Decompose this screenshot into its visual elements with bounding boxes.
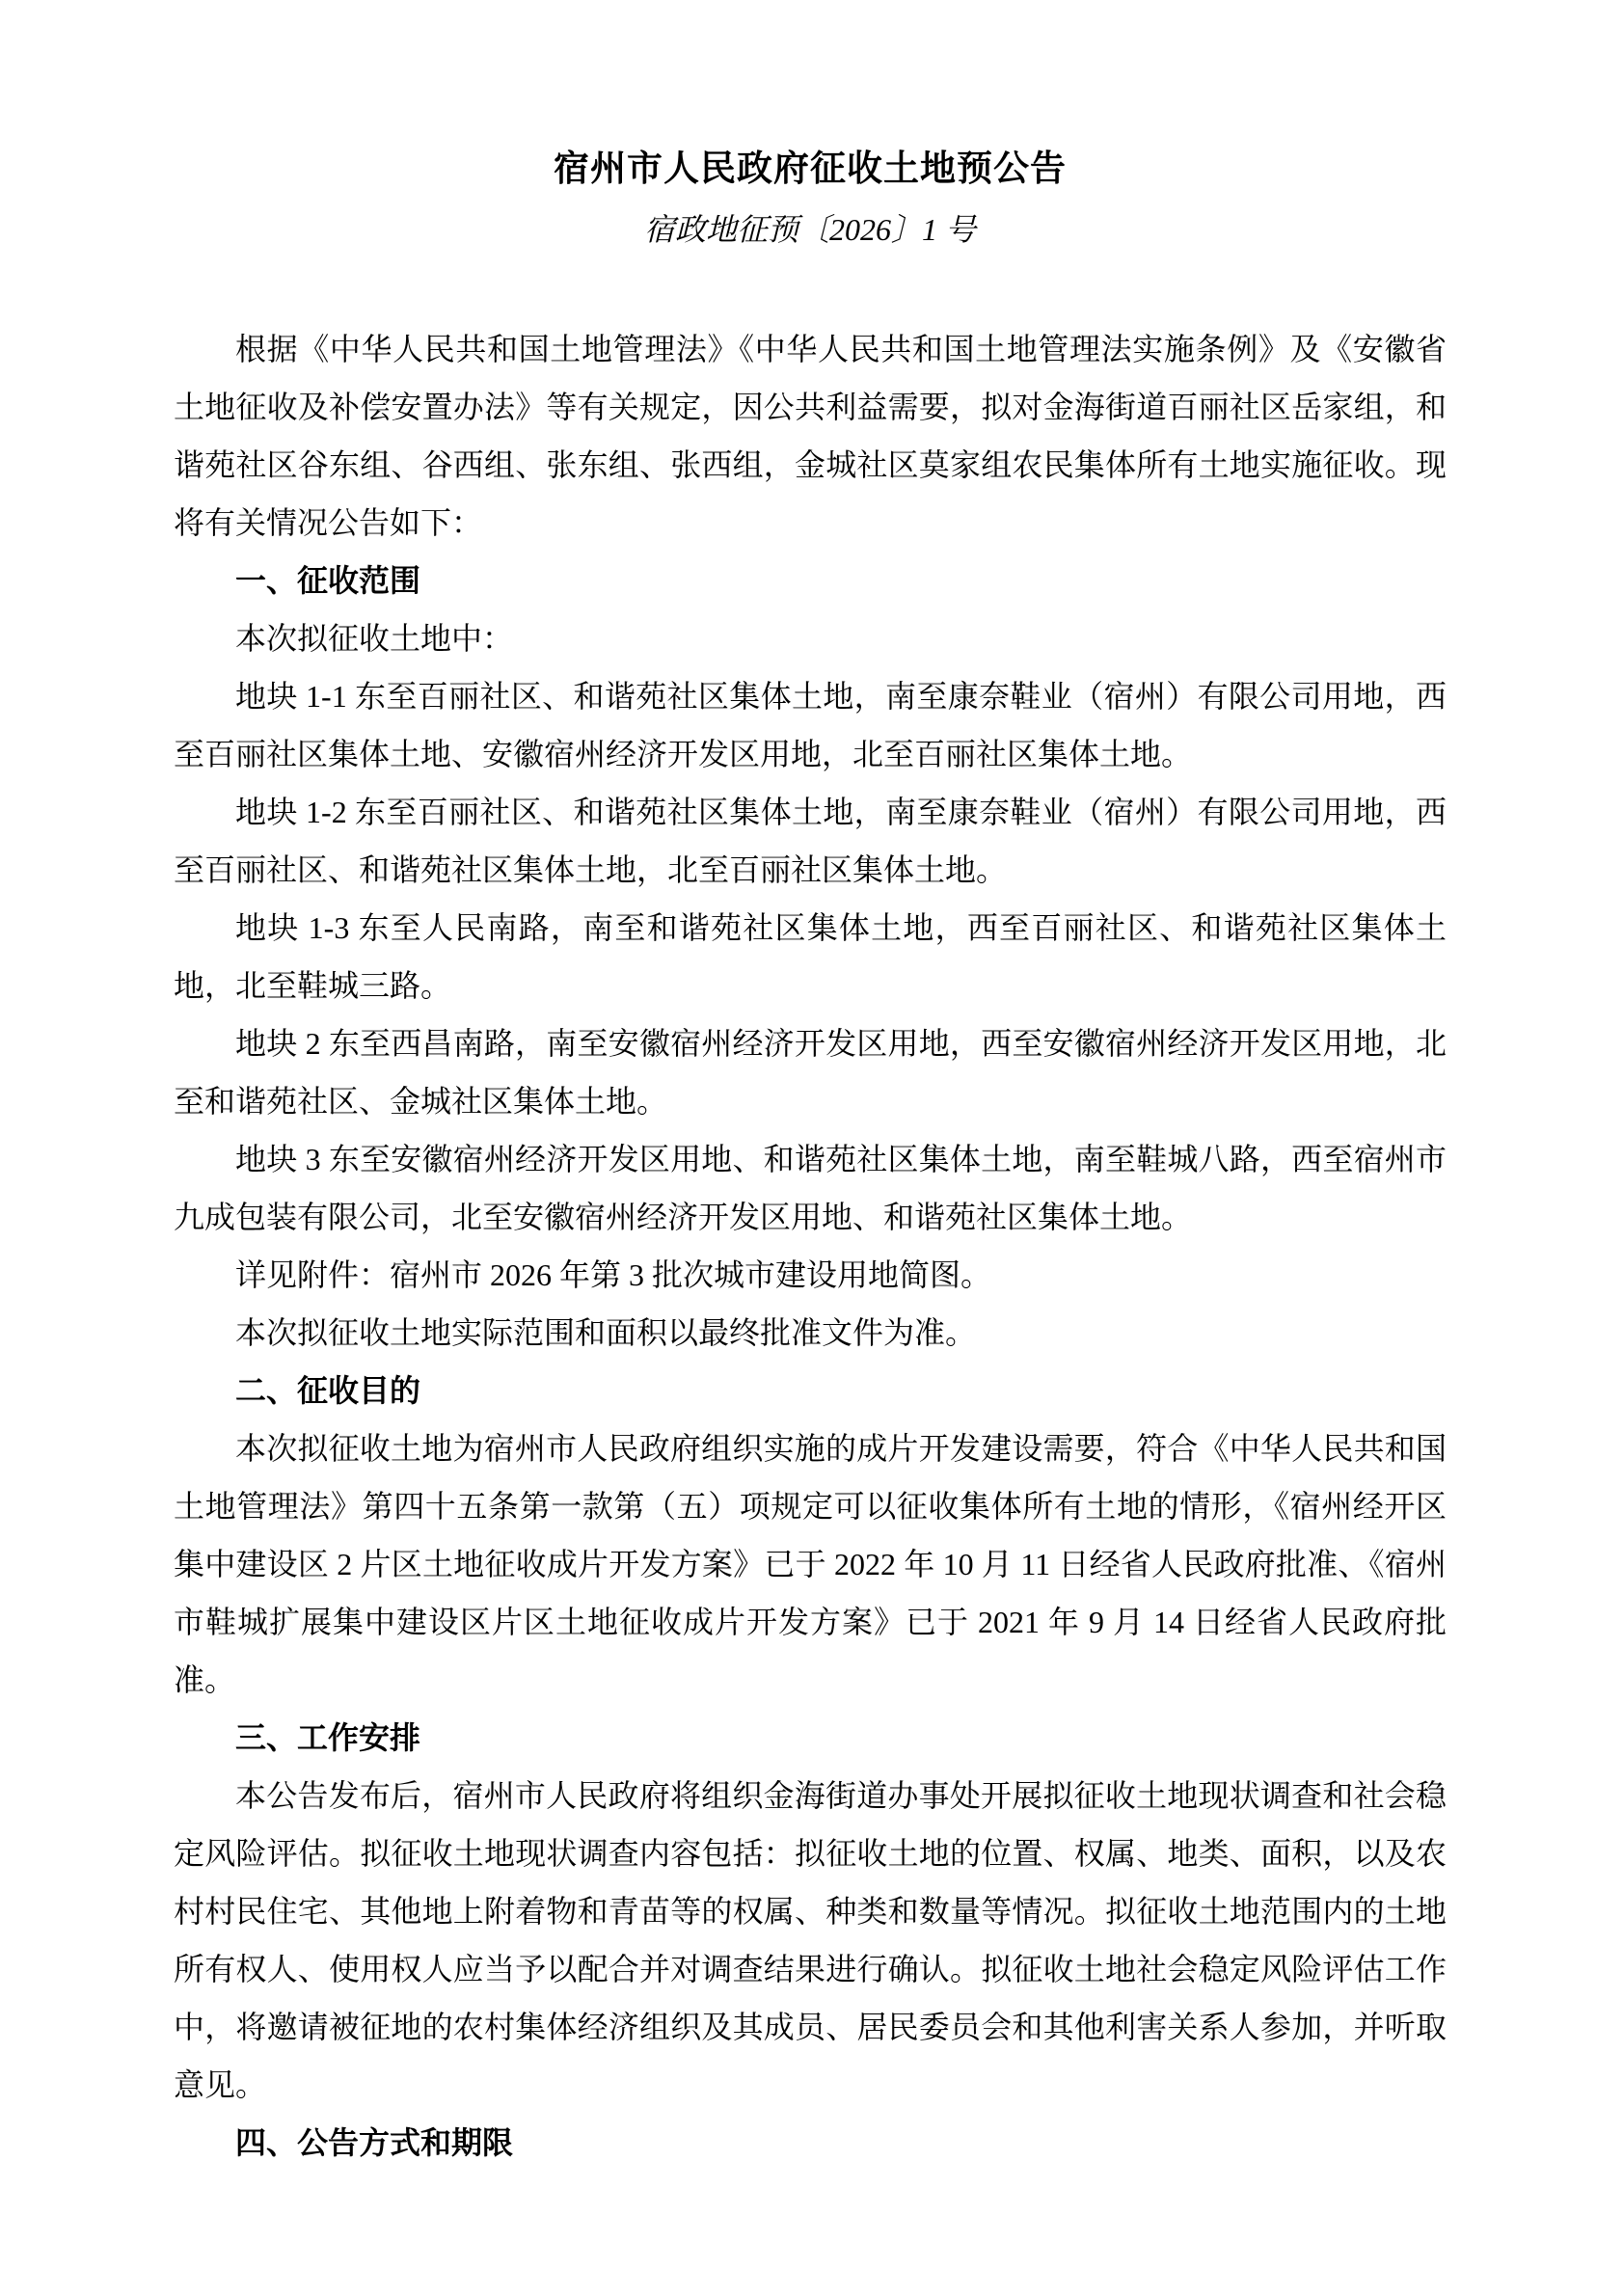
paragraph-plot-3: 地块 3 东至安徽宿州经济开发区用地、和谐苑社区集体土地，南至鞋城八路，西至宿州… xyxy=(174,1130,1447,1246)
paragraph-scope-intro: 本次拟征收土地中： xyxy=(174,609,1447,667)
document-number: 宿政地征预〔2026〕1 号 xyxy=(174,205,1447,254)
paragraph-plot-1-2: 地块 1-2 东至百丽社区、和谐苑社区集体土地，南至康奈鞋业（宿州）有限公司用地… xyxy=(174,783,1447,899)
heading-section-4-announcement: 四、公告方式和期限 xyxy=(174,2114,1447,2172)
paragraph-plot-1-1: 地块 1-1 东至百丽社区、和谐苑社区集体土地，南至康奈鞋业（宿州）有限公司用地… xyxy=(174,667,1447,783)
document-page: 宿州市人民政府征收土地预公告 宿政地征预〔2026〕1 号 根据《中华人民共和国… xyxy=(0,0,1623,2296)
document-title: 宿州市人民政府征收土地预公告 xyxy=(174,145,1447,193)
document-body: 根据《中华人民共和国土地管理法》《中华人民共和国土地管理法实施条例》及《安徽省土… xyxy=(174,320,1447,2172)
paragraph-final-approval-note: 本次拟征收土地实际范围和面积以最终批准文件为准。 xyxy=(174,1304,1447,1362)
paragraph-work-plan: 本公告发布后，宿州市人民政府将组织金海街道办事处开展拟征收土地现状调查和社会稳定… xyxy=(174,1767,1447,2114)
paragraph-purpose: 本次拟征收土地为宿州市人民政府组织实施的成片开发建设需要，符合《中华人民共和国土… xyxy=(174,1419,1447,1709)
paragraph-legal-basis: 根据《中华人民共和国土地管理法》《中华人民共和国土地管理法实施条例》及《安徽省土… xyxy=(174,320,1447,552)
paragraph-plot-2: 地块 2 东至西昌南路，南至安徽宿州经济开发区用地，西至安徽宿州经济开发区用地，… xyxy=(174,1014,1447,1130)
paragraph-attachment-note: 详见附件：宿州市 2026 年第 3 批次城市建设用地简图。 xyxy=(174,1246,1447,1304)
paragraph-plot-1-3: 地块 1-3 东至人民南路，南至和谐苑社区集体土地，西至百丽社区、和谐苑社区集体… xyxy=(174,899,1447,1014)
heading-section-1-scope: 一、征收范围 xyxy=(174,552,1447,609)
document-content: 宿州市人民政府征收土地预公告 宿政地征预〔2026〕1 号 根据《中华人民共和国… xyxy=(174,145,1447,2172)
heading-section-2-purpose: 二、征收目的 xyxy=(174,1362,1447,1419)
heading-section-3-work-plan: 三、工作安排 xyxy=(174,1709,1447,1767)
